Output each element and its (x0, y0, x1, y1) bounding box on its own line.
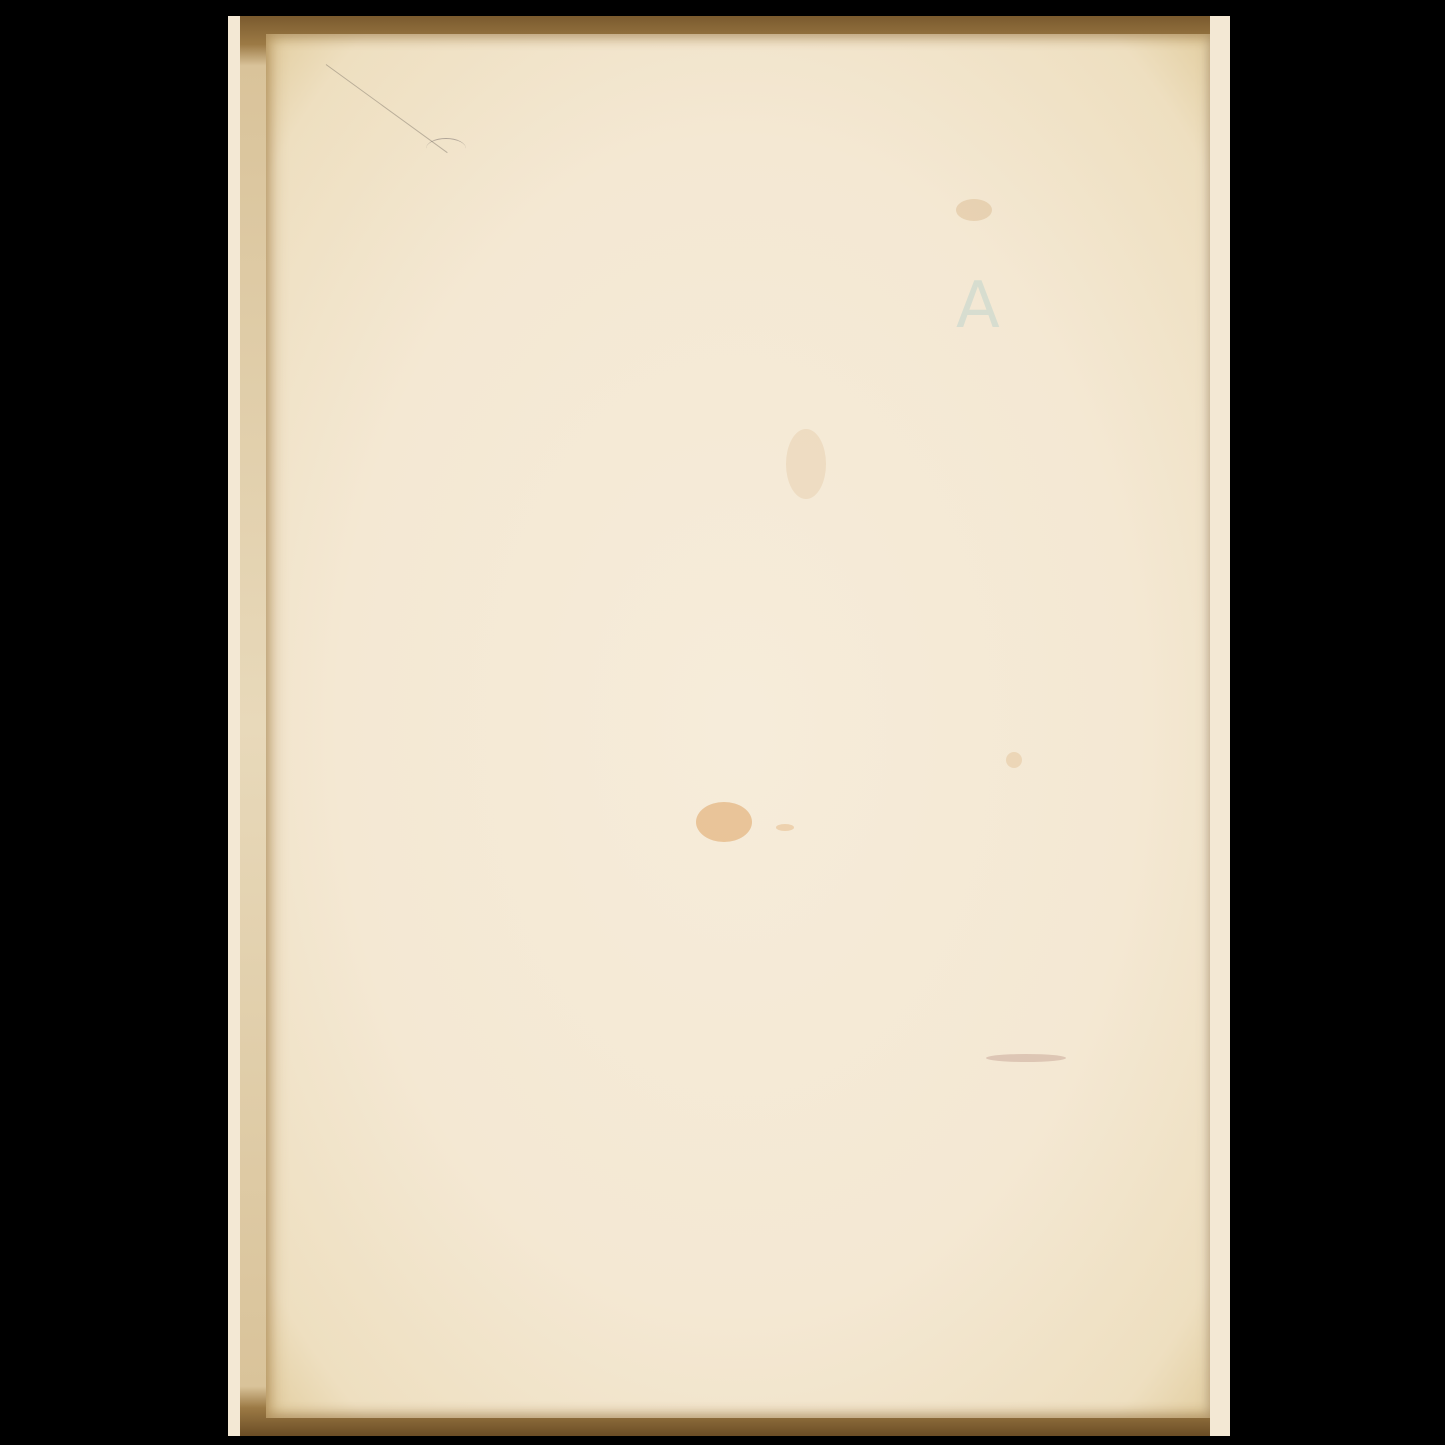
blank-page: A (266, 34, 1212, 1418)
faint-letter-mark: A (956, 269, 1000, 343)
stain (956, 199, 992, 221)
stain (986, 1054, 1066, 1062)
stain (696, 802, 752, 842)
pencil-arc (426, 138, 466, 159)
book-cover-edge: A (240, 16, 1212, 1436)
stain (776, 824, 794, 831)
page-margin (1210, 16, 1230, 1436)
scanned-page: A (228, 16, 1230, 1436)
stain (1006, 752, 1022, 768)
stain (786, 429, 826, 499)
pencil-stroke (326, 64, 448, 153)
